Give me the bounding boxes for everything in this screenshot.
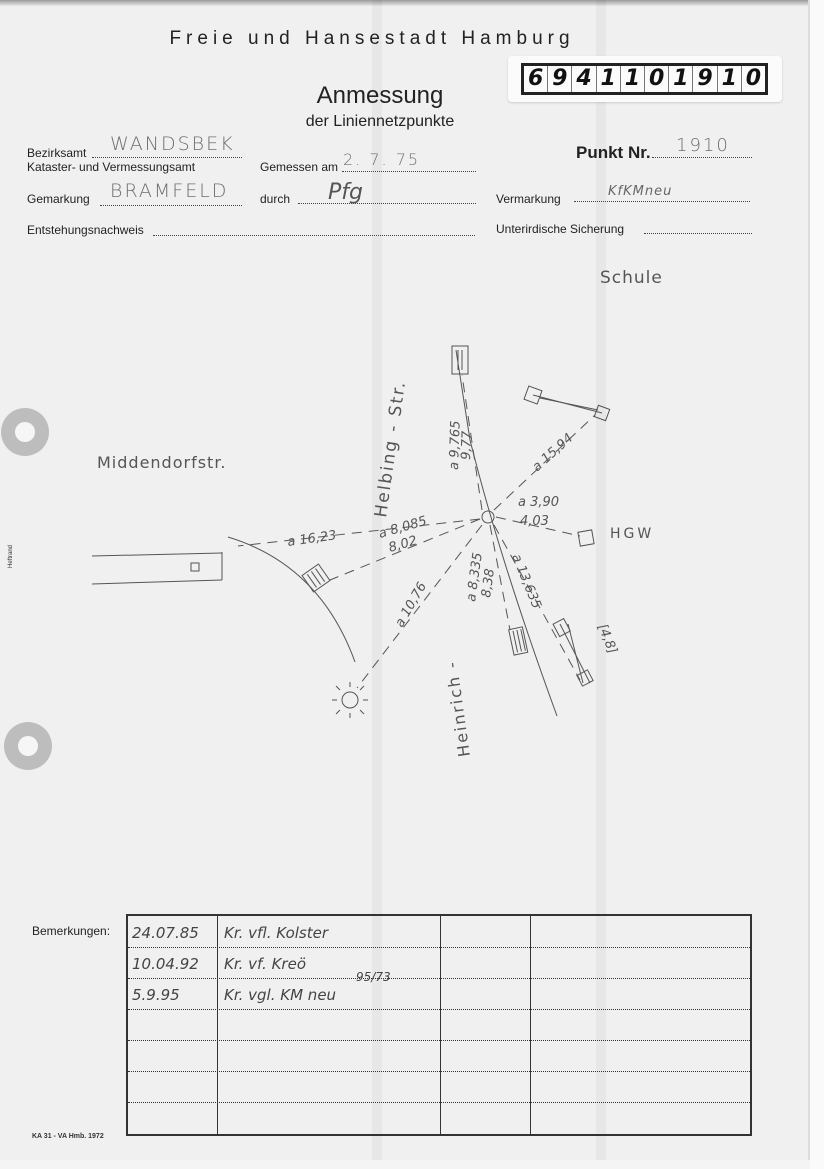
- table-row-line: [128, 1071, 750, 1072]
- punkt-nr-line: [652, 157, 752, 158]
- measure-south-b: 8,38: [479, 568, 498, 599]
- label-helbing-str: Helbing - Str.: [371, 379, 410, 519]
- table-row-line: [128, 1009, 750, 1010]
- remarks-label: Bemerkungen:: [32, 924, 110, 938]
- table-row-line: [128, 978, 750, 979]
- punkt-nr-label: Punkt Nr.: [576, 143, 651, 163]
- table-row-line: [128, 1040, 750, 1041]
- lamp-symbol: [342, 692, 358, 708]
- bezirksamt-label: Bezirksamt: [27, 146, 86, 160]
- gemarkung-value[interactable]: BRAMFELD: [110, 180, 228, 202]
- durch-line: [298, 203, 476, 204]
- punkt-nr-value[interactable]: 1910: [676, 135, 730, 156]
- label-heinrich: Heinrich -: [442, 659, 474, 758]
- point-id-digit: 1: [718, 66, 742, 92]
- point-id-digit: 4: [572, 66, 596, 92]
- entstehungsnachweis-label: Entstehungsnachweis: [27, 223, 144, 237]
- street-edge: [456, 350, 557, 716]
- remark-date[interactable]: 5.9.95: [132, 986, 180, 1004]
- gemarkung-label: Gemarkung: [27, 192, 90, 206]
- measure-east-a: a 3,90: [518, 495, 559, 510]
- remarks-table: 24.07.85Kr. vfl. Kolster10.04.92Kr. vf. …: [126, 914, 752, 1136]
- remark-text[interactable]: Kr. vf. Kreö: [224, 955, 306, 973]
- point-id-digit: 6: [524, 66, 548, 92]
- remark-text[interactable]: Kr. vgl. KM neu: [224, 986, 336, 1004]
- durch-label: durch: [260, 192, 290, 206]
- table-row-line: [128, 1102, 750, 1103]
- label-middendorfstr: Middendorfstr.: [97, 453, 227, 472]
- remark-date[interactable]: 24.07.85: [132, 924, 199, 942]
- point-id-digit: 1: [621, 66, 645, 92]
- form-subtitle: der Liniennetzpunkte: [230, 113, 530, 131]
- label-hgw: HGW: [610, 526, 654, 542]
- top-shadow: [0, 0, 808, 6]
- entstehungsnachweis-line[interactable]: [153, 235, 475, 236]
- point-id-digit: 1: [669, 66, 693, 92]
- gemessen-am-label: Gemessen am: [260, 160, 338, 174]
- form-title: Anmessung: [250, 82, 510, 110]
- label-schule: Schule: [600, 268, 663, 288]
- measure-ne: a 15,94: [530, 431, 577, 475]
- point-id-card: 6941101910: [508, 56, 782, 102]
- durch-signature[interactable]: Pfg: [328, 180, 363, 205]
- kerb-curve: [228, 537, 355, 662]
- point-id-box: 6941101910: [521, 63, 768, 95]
- bezirksamt-line: [92, 157, 242, 158]
- gemessen-am-value[interactable]: 2. 7. 75: [343, 150, 420, 169]
- measure-north-b: 9,77: [459, 430, 475, 460]
- point-id-digit: 9: [693, 66, 717, 92]
- unterirdische-sicherung-label: Unterirdische Sicherung: [496, 222, 624, 236]
- bezirksamt-value[interactable]: WANDSBEK: [110, 133, 235, 155]
- object-marker: [452, 346, 468, 374]
- measure-sw: a 10,76: [392, 580, 430, 630]
- measure-se-bracket: [4,8]: [594, 622, 619, 656]
- point-id-digit: 0: [645, 66, 669, 92]
- vermarkung-label: Vermarkung: [496, 192, 561, 206]
- unterirdische-sicherung-line[interactable]: [644, 233, 752, 234]
- kataster-label: Kataster- und Vermessungsamt: [27, 160, 195, 174]
- point-id-digit: 9: [548, 66, 572, 92]
- form-code: KA 31 - VA Hmb. 1972: [32, 1133, 104, 1140]
- point-id-digit: 1: [597, 66, 621, 92]
- point-id-digit: 0: [742, 66, 765, 92]
- gemessen-am-line: [342, 171, 476, 172]
- survey-point-marker: [482, 511, 494, 523]
- survey-sketch: Schule Middendorfstr. Helbing - Str. Hei…: [0, 240, 808, 800]
- measure-se: a 13,635: [508, 552, 543, 611]
- gemarkung-line: [100, 205, 242, 206]
- remark-date[interactable]: 10.04.92: [132, 955, 199, 973]
- vermarkung-value[interactable]: KfKMneu: [608, 184, 672, 199]
- measure-west-far: a 16,23: [286, 528, 337, 550]
- state-title: Freie und Hansestadt Hamburg: [0, 28, 744, 50]
- measure-east-b: 4,03: [520, 514, 549, 529]
- table-row-line: [128, 947, 750, 948]
- street-edge: [92, 553, 222, 556]
- remark-text[interactable]: Kr. vfl. Kolster: [224, 924, 328, 942]
- scanner-edge: [810, 0, 824, 1169]
- vermarkung-line: [574, 201, 750, 202]
- remark-note: 95/73: [356, 970, 391, 984]
- hgw-marker: [578, 530, 594, 546]
